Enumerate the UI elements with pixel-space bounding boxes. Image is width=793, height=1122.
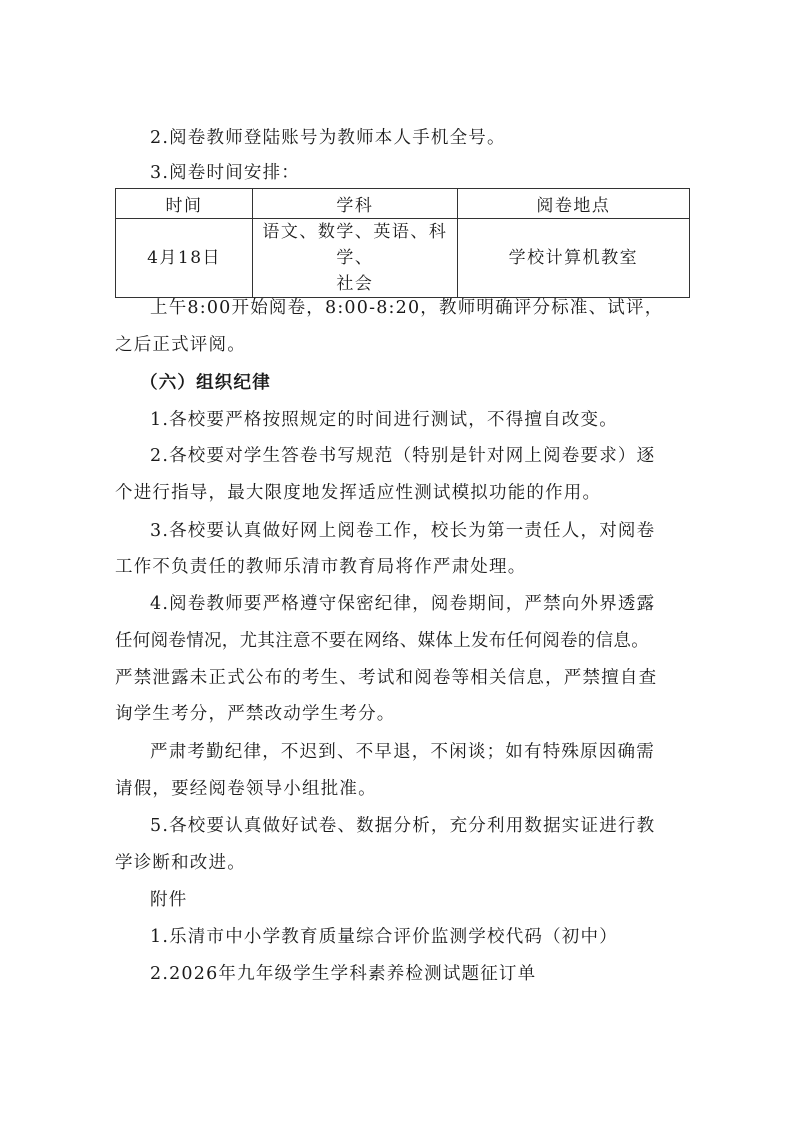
- schedule-note-line1: 上午8:00开始阅卷，8:00-8:20，教师明确评分标准、试评，: [115, 297, 725, 319]
- rule-4-line1: 4.阅卷教师要严格遵守保密纪律，阅卷期间，严禁向外界透露: [115, 593, 725, 615]
- attendance-line2: 请假，要经阅卷领导小组批准。: [115, 778, 690, 800]
- item-schedule-title: 3.阅卷时间安排：: [115, 162, 725, 184]
- cell-subjects: 语文、数学、英语、科学、 社会: [253, 219, 458, 298]
- rule-4-line3: 严禁泄露未正式公布的考生、考试和阅卷等相关信息，严禁擅自查: [115, 667, 690, 689]
- table-row: 4月18日 语文、数学、英语、科学、 社会 学校计算机教室: [116, 219, 690, 298]
- rule-4-line2: 任何阅卷情况，尤其注意不要在网络、媒体上发布任何阅卷的信息。: [115, 630, 690, 652]
- rule-2-line2: 个进行指导，最大限度地发挥适应性测试模拟功能的作用。: [115, 482, 690, 504]
- section-heading: （六）组织纪律: [115, 372, 715, 394]
- rule-5-line1: 5.各校要认真做好试卷、数据分析，充分利用数据实证进行教: [115, 815, 725, 837]
- item-login-account: 2.阅卷教师登陆账号为教师本人手机全号。: [115, 127, 725, 149]
- attachment-item: 2.2026年九年级学生学科素养检测试题征订单: [115, 963, 725, 985]
- schedule-table: 时间 学科 阅卷地点 4月18日 语文、数学、英语、科学、 社会 学校计算机教室: [115, 188, 690, 298]
- table-header-row: 时间 学科 阅卷地点: [116, 189, 690, 219]
- attachment-item: 1.乐清市中小学教育质量综合评价监测学校代码（初中）: [115, 926, 725, 948]
- cell-time: 4月18日: [116, 219, 253, 298]
- header-subject: 学科: [253, 189, 458, 219]
- rule-4-line4: 询学生考分，严禁改动学生考分。: [115, 703, 690, 725]
- schedule-note-line2: 之后正式评阅。: [115, 334, 690, 356]
- subjects-line1: 语文、数学、英语、科学、: [253, 219, 457, 271]
- rule-2-line1: 2.各校要对学生答卷书写规范（特别是针对网上阅卷要求）逐: [115, 445, 725, 467]
- rule-3-line1: 3.各校要认真做好网上阅卷工作，校长为第一责任人，对阅卷: [115, 520, 725, 542]
- attachments-label: 附件: [115, 889, 725, 911]
- header-time: 时间: [116, 189, 253, 219]
- rule-1: 1.各校要严格按照规定的时间进行测试，不得擅自改变。: [115, 409, 725, 431]
- rule-5-line2: 学诊断和改进。: [115, 852, 690, 874]
- attendance-line1: 严肃考勤纪律，不迟到、不早退，不闲谈；如有特殊原因确需: [115, 741, 725, 763]
- rule-3-line2: 工作不负责任的教师乐清市教育局将作严肃处理。: [115, 556, 690, 578]
- cell-location: 学校计算机教室: [457, 219, 689, 298]
- header-location: 阅卷地点: [457, 189, 689, 219]
- subjects-line2: 社会: [253, 271, 457, 297]
